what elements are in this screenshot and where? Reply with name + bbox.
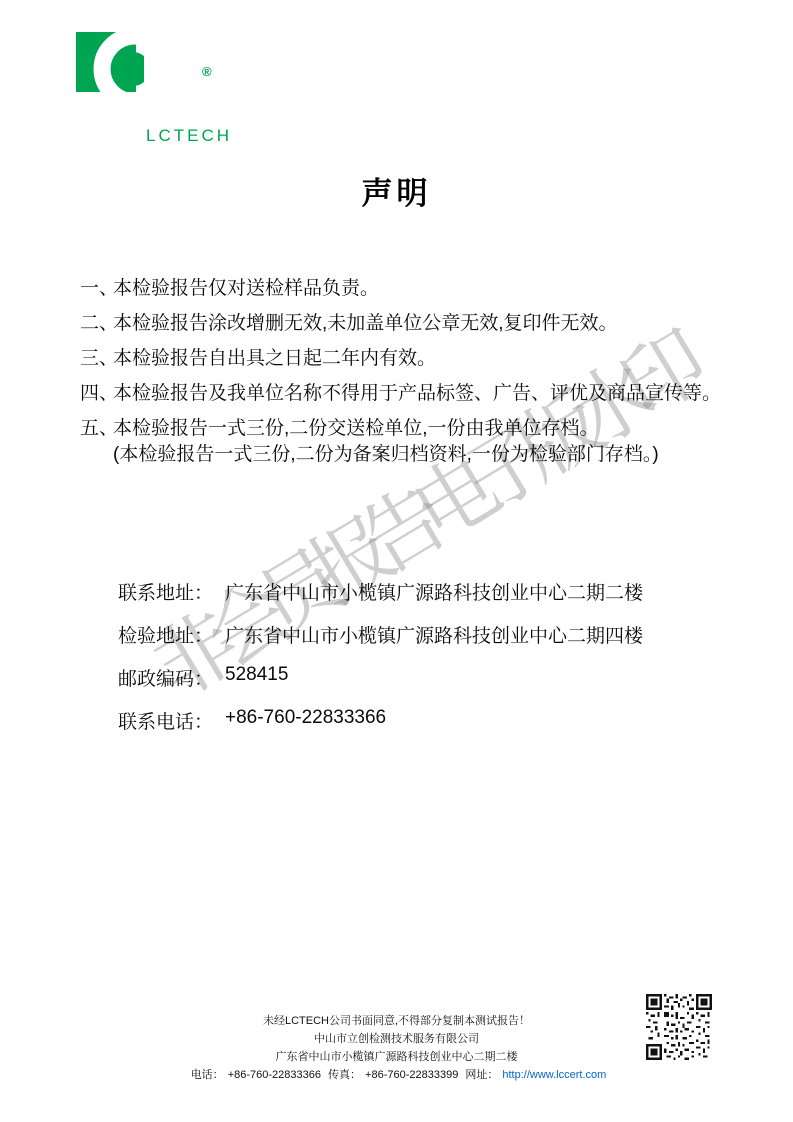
- statement-note: (本检验报告一式三份,二份为备案归档资料,一份为检验部门存档。): [113, 444, 730, 465]
- contact-info-block: 联系地址： 广东省中山市小榄镇广源路科技创业中心二期二楼 检验地址： 广东省中山…: [118, 578, 678, 750]
- footer-website-link[interactable]: http://www.lccert.com: [502, 1069, 606, 1081]
- footer-phone-label: 电话：: [191, 1069, 224, 1081]
- statement-item: 一、本检验报告仅对送检样品负责。: [80, 278, 730, 299]
- statement-item: 二、本检验报告涂改增删无效,未加盖单位公章无效,复印件无效。: [80, 313, 730, 334]
- contact-label: 邮政编码：: [118, 664, 225, 691]
- page-title: 声明: [0, 168, 793, 213]
- report-declaration-page: 非会员报告电子版水印 ® LCTECH 声明 一、本检验报告仅对送检样品负责。 …: [0, 0, 793, 1122]
- registered-trademark-symbol: ®: [202, 64, 212, 79]
- footer-fax-value: +86-760-22833399: [365, 1069, 458, 1081]
- statement-number: 三、: [80, 348, 113, 369]
- statement-number: 四、: [80, 383, 113, 404]
- statement-text: 本检验报告及我单位名称不得用于产品标签、广告、评优及商品宣传等。: [113, 383, 721, 404]
- statement-item: 三、本检验报告自出具之日起二年内有效。: [80, 348, 730, 369]
- footer-fax-label: 传真：: [328, 1069, 361, 1081]
- statement-item: 五、本检验报告一式三份,二份交送检单位,一份由我单位存档。 (本检验报告一式三份…: [80, 418, 730, 465]
- contact-row: 联系电话： +86-760-22833366: [118, 707, 678, 734]
- footer-web-label: 网址：: [465, 1069, 498, 1081]
- contact-label: 联系电话：: [118, 707, 225, 734]
- contact-row: 邮政编码： 528415: [118, 664, 678, 691]
- statement-text: 本检验报告一式三份,二份交送检单位,一份由我单位存档。: [113, 418, 599, 439]
- footer-phone-value: +86-760-22833366: [228, 1069, 321, 1081]
- qr-code: [646, 994, 712, 1060]
- contact-label: 检验地址：: [118, 621, 225, 648]
- brand-name: LCTECH: [146, 126, 232, 146]
- statement-text: 本检验报告仅对送检样品负责。: [113, 278, 379, 299]
- contact-value: +86-760-22833366: [225, 707, 678, 734]
- statement-text: 本检验报告涂改增删无效,未加盖单位公章无效,复印件无效。: [113, 313, 618, 334]
- statement-text: 本检验报告自出具之日起二年内有效。: [113, 348, 436, 369]
- statement-number: 一、: [80, 278, 113, 299]
- statement-number: 二、: [80, 313, 113, 334]
- statement-number: 五、: [80, 418, 113, 439]
- statement-item: 四、本检验报告及我单位名称不得用于产品标签、广告、评优及商品宣传等。: [80, 383, 730, 404]
- contact-label: 联系地址：: [118, 578, 225, 605]
- contact-value: 广东省中山市小榄镇广源路科技创业中心二期二楼: [225, 578, 678, 605]
- statements-list: 一、本检验报告仅对送检样品负责。 二、本检验报告涂改增删无效,未加盖单位公章无效…: [80, 278, 730, 479]
- contact-value: 528415: [225, 664, 678, 691]
- lctech-logo: ® LCTECH: [72, 30, 182, 106]
- contact-row: 检验地址： 广东省中山市小榄镇广源路科技创业中心二期四楼: [118, 621, 678, 648]
- contact-row: 联系地址： 广东省中山市小榄镇广源路科技创业中心二期二楼: [118, 578, 678, 605]
- footer-contact-line: 电话：+86-760-22833366 传真：+86-760-22833399 …: [0, 1066, 793, 1084]
- contact-value: 广东省中山市小榄镇广源路科技创业中心二期四楼: [225, 621, 678, 648]
- lctech-logo-icon: [72, 30, 168, 106]
